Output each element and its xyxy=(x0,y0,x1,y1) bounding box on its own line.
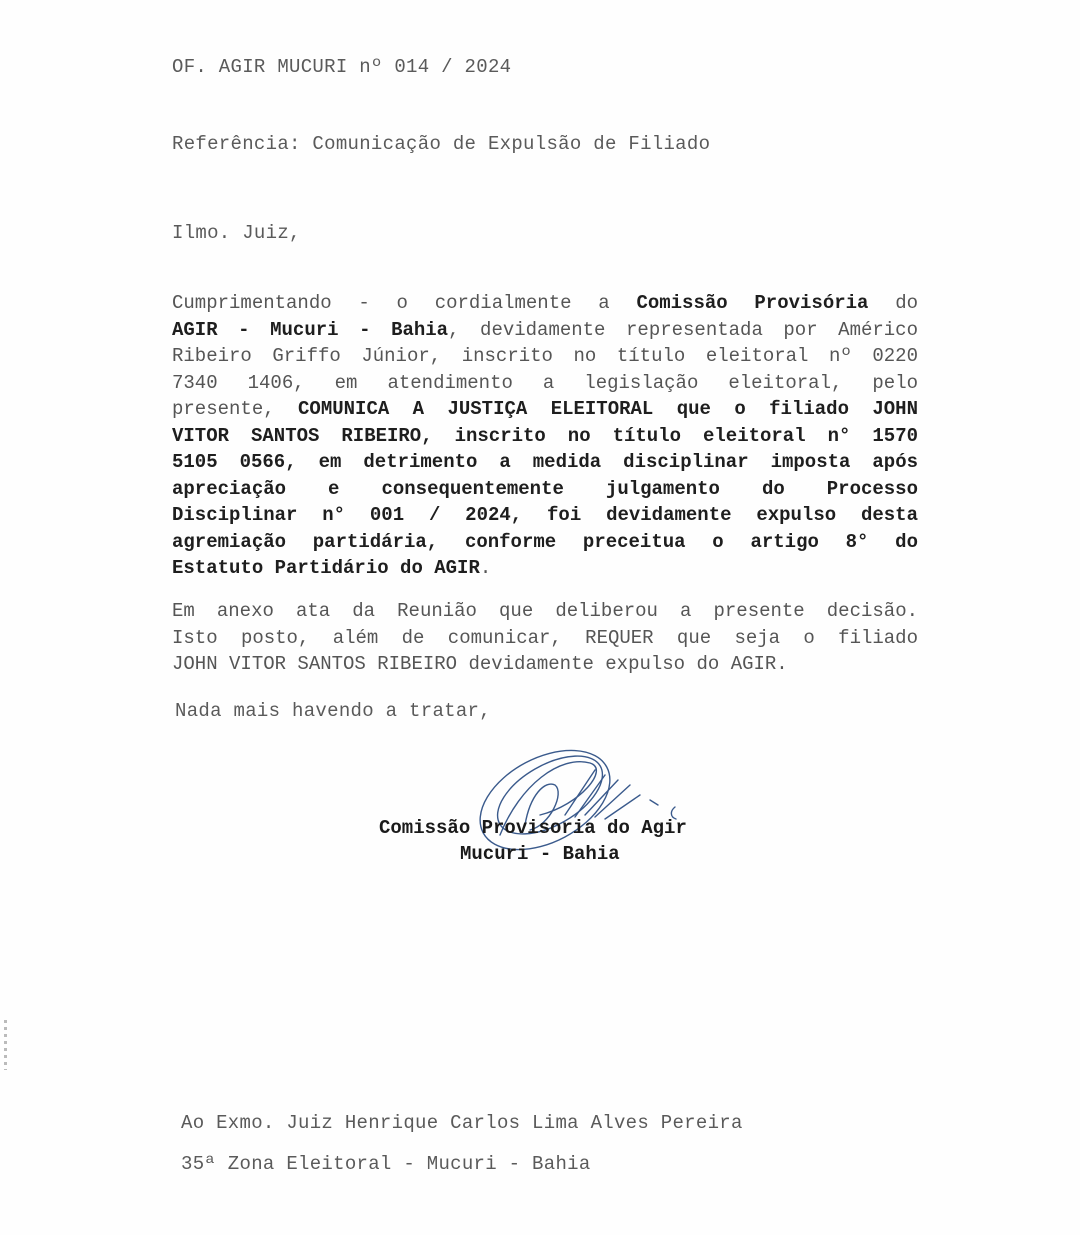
p2-line-3: JOHN VITOR SANTOS RIBEIRO devidamente ex… xyxy=(172,651,918,678)
reference-line: Referência: Comunicação de Expulsão de F… xyxy=(172,133,710,155)
addressee-zone: 35ª Zona Eleitoral - Mucuri - Bahia xyxy=(181,1153,591,1175)
closing-line: Nada mais havendo a tratar, xyxy=(175,700,491,722)
main-paragraph: Cumprimentando - o cordialmente a Comiss… xyxy=(172,290,918,582)
salutation: Ilmo. Juiz, xyxy=(172,222,301,244)
p2-line-1: Em anexo ata da Reunião que deliberou a … xyxy=(172,598,918,625)
p1-line-1: Cumprimentando - o cordialmente a Comiss… xyxy=(172,290,918,317)
request-paragraph: Em anexo ata da Reunião que deliberou a … xyxy=(172,598,918,678)
document-page: OF. AGIR MUCURI nº 014 / 2024 Referência… xyxy=(0,0,1080,1235)
p2-line-2: Isto posto, além de comunicar, REQUER qu… xyxy=(172,625,918,652)
scan-edge-marks xyxy=(4,1020,7,1070)
office-number: OF. AGIR MUCURI nº 014 / 2024 xyxy=(172,56,511,78)
p1-line-5: presente, COMUNICA A JUSTIÇA ELEITORAL q… xyxy=(172,396,918,423)
p1-line-2: AGIR - Mucuri - Bahia, devidamente repre… xyxy=(172,317,918,344)
p1-line-7: 5105 0566, em detrimento a medida discip… xyxy=(172,449,918,476)
p1-line-9: Disciplinar n° 001 / 2024, foi devidamen… xyxy=(172,502,918,529)
p1-line-11: Estatuto Partidário do AGIR. xyxy=(172,555,918,582)
p1-line-6: VITOR SANTOS RIBEIRO, inscrito no título… xyxy=(172,423,918,450)
signature-location-line: Mucuri - Bahia xyxy=(460,843,620,865)
p1-line-8: apreciação e consequentemente julgamento… xyxy=(172,476,918,503)
signature-org-line: Comissão Provisoria do Agir xyxy=(379,817,687,839)
p1-line-10: agremiação partidária, conforme preceitu… xyxy=(172,529,918,556)
p1-line-4: 7340 1406, em atendimento a legislação e… xyxy=(172,370,918,397)
addressee-name: Ao Exmo. Juiz Henrique Carlos Lima Alves… xyxy=(181,1112,743,1134)
p1-line-3: Ribeiro Griffo Júnior, inscrito no títul… xyxy=(172,343,918,370)
